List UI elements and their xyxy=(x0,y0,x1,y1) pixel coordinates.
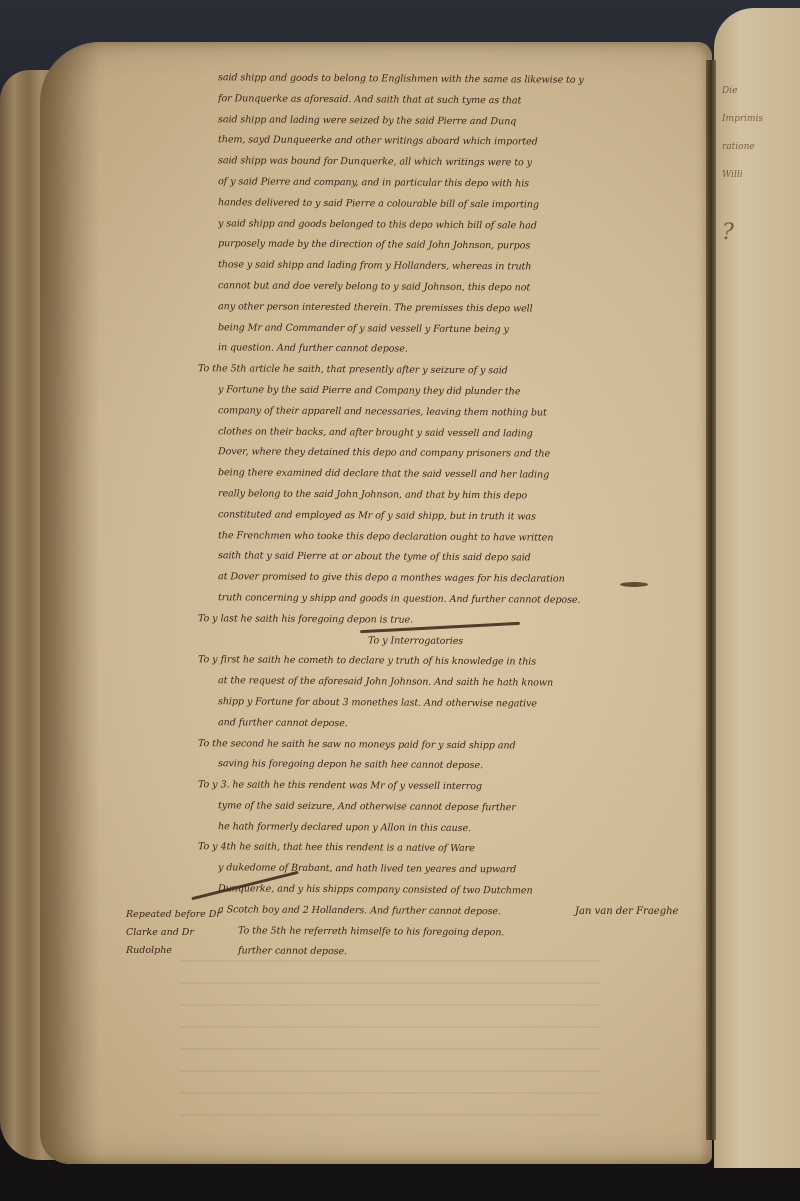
manuscript-line-last-article: To y last he saith his foregoing depon i… xyxy=(198,609,714,633)
right-page-fragment: Die Imprimis ratione Willi ? xyxy=(722,70,800,254)
right-fragment-line: Imprimis xyxy=(722,112,800,126)
margin-note: Repeated before Dr Clarke and Dr Rudolph… xyxy=(126,906,236,960)
manuscript-line: truth concerning y shipp and goods in qu… xyxy=(218,588,714,612)
ink-blot xyxy=(620,582,648,587)
manuscript-line: for Dunquerke as aforesaid. And saith th… xyxy=(218,89,714,113)
right-fragment-line: Die xyxy=(722,84,800,98)
manuscript-line: company of their apparell and necessarie… xyxy=(218,401,714,425)
interrogatory-line: and further cannot depose. xyxy=(218,713,714,737)
interrogatory-line: tyme of the said seizure, And otherwise … xyxy=(218,796,714,820)
manuscript-line: constituted and employed as Mr of y said… xyxy=(218,505,714,529)
bleed-through-text xyxy=(180,960,600,1130)
right-fragment-line: Willi xyxy=(722,168,800,182)
manuscript-text-block: said shipp and goods to belong to Englis… xyxy=(218,70,714,964)
interrogatory-line: further cannot depose. xyxy=(218,942,714,966)
deponent-signature: Jan van der Fraeghe xyxy=(575,906,678,917)
manuscript-line: handes delivered to y said Pierre a colo… xyxy=(218,193,714,217)
manuscript-line: any other person interested therein. The… xyxy=(218,297,714,321)
right-fragment-mark: ? xyxy=(722,226,800,240)
right-fragment-line: ratione xyxy=(722,140,800,154)
interrogatory-line: shipp y Fortune for about 3 monethes las… xyxy=(218,692,714,716)
